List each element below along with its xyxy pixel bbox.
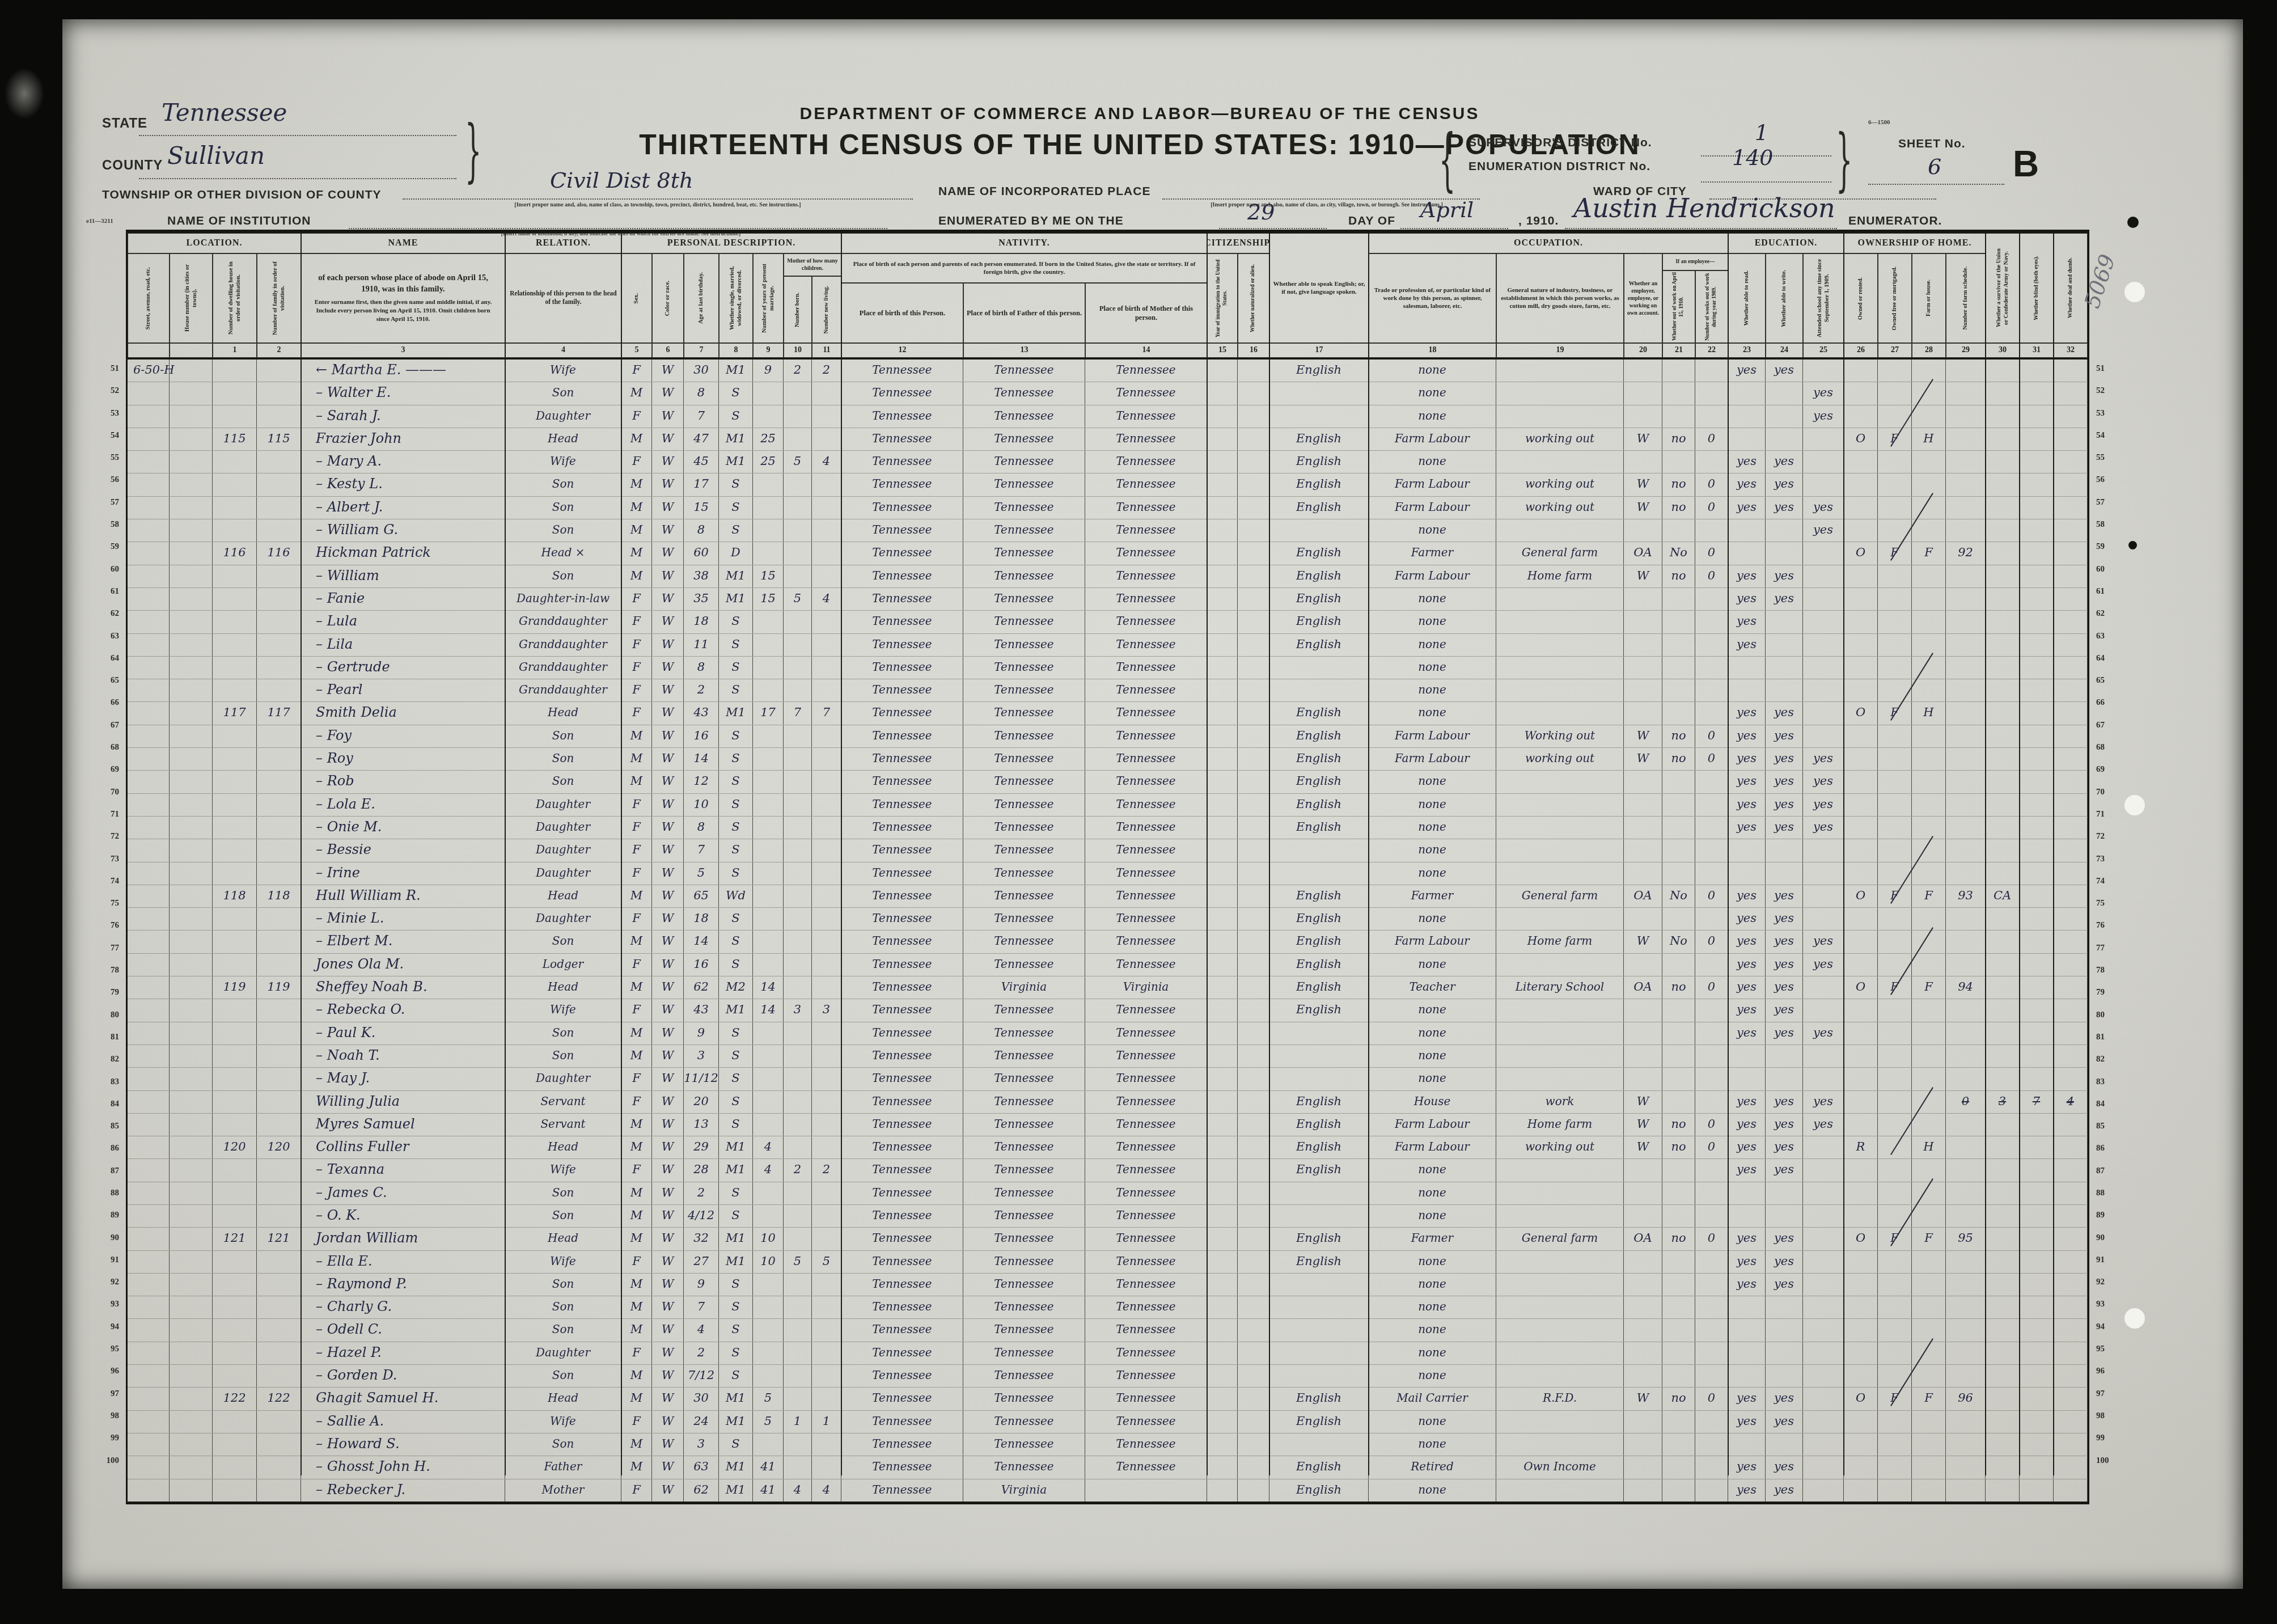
cell-surv [1986,1433,2020,1456]
cell-street [128,1114,170,1136]
cell-wks [1695,360,1728,382]
cell-deaf [2054,1274,2088,1296]
line-number: 76 [2096,915,2126,937]
cell-house [170,1159,213,1181]
table-row: 116116Hickman PatrickHead ×MW60DTennesse… [128,542,2088,565]
cell-name: – Ghosst John H. [301,1456,505,1478]
cell-name: Ghagit Samuel H. [301,1388,505,1410]
cell-out: no [1662,473,1695,496]
table-row: – Rebecker J.MotherFW62M14144TennesseeVi… [128,1479,2088,1502]
cell-read: yes [1728,702,1766,724]
cell-trade: Farm Labour [1369,565,1496,587]
mother-subheader: Mother of how many children. [784,253,841,276]
ink-dot [2127,217,2139,228]
cell-age: 4 [684,1319,719,1341]
cell-trade: none [1369,702,1496,724]
cell-rel: Daughter [505,908,621,930]
cell-house [170,862,213,885]
table-row: – O. K.SonMW4/12STennesseeTennesseeTenne… [128,1205,2088,1228]
cell-read: yes [1728,748,1766,770]
enumerator-label: ENUMERATOR. [1848,214,1942,228]
cell-street [128,771,170,793]
line-number: 81 [2096,1026,2126,1048]
cell-fam [257,1251,301,1273]
cell-pobm: Tennessee [1085,908,1207,930]
cell-street [128,862,170,885]
cell-eng [1269,1022,1369,1044]
cell-blind [2020,1022,2054,1044]
cell-deaf [2054,519,2088,542]
cell-age: 20 [684,1091,719,1113]
cell-dwell [213,451,257,473]
cell-name: Hull William R. [301,885,505,907]
cell-pobm: Tennessee [1085,1205,1207,1227]
cell-street [128,542,170,564]
cell-blind [2020,748,2054,770]
cell-blind [2020,1433,2054,1456]
cell-age: 14 [684,931,719,953]
cell-age: 12 [684,771,719,793]
cell-fh [1912,1114,1946,1136]
cell-color: W [652,702,684,724]
township-value: Civil Dist 8th [550,168,693,193]
cell-deaf [2054,1365,2088,1387]
cell-sch [1803,702,1844,724]
col-header-sex: Sex. [621,253,652,343]
cell-fh [1912,1068,1946,1090]
cell-fh [1912,588,1946,610]
cell-own [1844,565,1878,587]
cell-out [1662,1251,1695,1273]
cell-rel: Wife [505,451,621,473]
cell-fsn [1946,1114,1986,1136]
cell-color: W [652,748,684,770]
cell-pobf: Tennessee [963,382,1085,404]
cell-write: yes [1766,565,1803,587]
cell-blind [2020,1136,2054,1158]
cell-eng [1269,657,1369,679]
group-occupation: OCCUPATION. [1369,233,1728,253]
line-number: 66 [90,692,119,714]
cell-pob: Tennessee [841,1388,963,1410]
cell-read: yes [1728,908,1766,930]
cell-blind [2020,1205,2054,1227]
cell-surv [1986,1159,2020,1181]
cell-color: W [652,588,684,610]
enumerated-day: 29 [1247,200,1275,225]
cell-imm [1207,1228,1238,1250]
cell-ind [1496,588,1624,610]
cell-imm [1207,1296,1238,1318]
cell-trade: Retired [1369,1456,1496,1478]
cell-out [1662,954,1695,976]
cell-fam: 121 [257,1228,301,1250]
cell-free [1878,1205,1912,1227]
cell-age: 5 [684,862,719,885]
cell-yrs: 5 [753,1411,784,1433]
cell-nat [1238,954,1269,976]
cell-rel: Servant [505,1114,621,1136]
line-number: 82 [2096,1048,2126,1071]
cell-pob: Tennessee [841,382,963,404]
cell-fam [257,473,301,496]
cell-emp: W [1624,1091,1662,1113]
cell-imm [1207,1182,1238,1204]
col-header-dwell: Number of dwelling house in order of vis… [213,253,257,343]
cell-cb [784,1022,812,1044]
cell-pob: Tennessee [841,748,963,770]
cell-wks [1695,679,1728,701]
cell-dwell [213,1296,257,1318]
cell-cl [812,1342,841,1364]
cell-pobf: Tennessee [963,771,1085,793]
cell-own [1844,1342,1878,1364]
cell-sex: F [621,1342,652,1364]
cell-deaf [2054,794,2088,816]
cell-write: yes [1766,794,1803,816]
cell-eng [1269,1433,1369,1456]
cell-sex: F [621,839,652,861]
cell-fam [257,1479,301,1502]
cell-ind [1496,1296,1624,1318]
cell-cb [784,1228,812,1250]
cell-cb: 5 [784,588,812,610]
cell-dwell [213,634,257,656]
cell-rel: Daughter-in-law [505,588,621,610]
cell-street [128,657,170,679]
cell-dwell [213,862,257,885]
cell-sex: F [621,1411,652,1433]
cell-age: 47 [684,428,719,450]
cell-surv: 3 [1986,1091,2020,1113]
cell-write: yes [1766,1159,1803,1181]
cell-cl [812,1182,841,1204]
cell-nat [1238,634,1269,656]
state-county-brace: } [465,110,481,189]
cell-name: – Gertrude [301,657,505,679]
cell-color: W [652,1228,684,1250]
cell-yrs: 15 [753,565,784,587]
line-number: 92 [2096,1271,2126,1293]
line-number: 96 [2096,1360,2126,1382]
cell-nat [1238,1411,1269,1433]
cell-free [1878,588,1912,610]
group-divider [841,233,842,1475]
cell-trade: none [1369,862,1496,885]
cell-nat [1238,771,1269,793]
cell-ind: General farm [1496,542,1624,564]
cell-pob: Tennessee [841,1274,963,1296]
cell-mar: M1 [719,1411,753,1433]
cell-name: – Howard S. [301,1433,505,1456]
cell-fam [257,748,301,770]
cell-fam [257,1022,301,1044]
cell-surv [1986,1456,2020,1478]
cell-nat [1238,588,1269,610]
cell-emp [1624,657,1662,679]
cell-emp: W [1624,428,1662,450]
cell-own [1844,1045,1878,1067]
cell-pob: Tennessee [841,519,963,542]
cell-wks: 0 [1695,1136,1728,1158]
line-number: 74 [2096,870,2126,893]
cell-write [1766,634,1803,656]
cell-fam [257,565,301,587]
cell-read: yes [1728,954,1766,976]
cell-street [128,679,170,701]
cell-fsn [1946,1274,1986,1296]
cell-pobm: Tennessee [1085,451,1207,473]
cell-cl [812,1433,841,1456]
cell-pobf: Tennessee [963,1136,1085,1158]
cell-mar: S [719,771,753,793]
cell-cb [784,862,812,885]
cell-pobf: Tennessee [963,1182,1085,1204]
cell-imm [1207,839,1238,861]
cell-cb: 5 [784,451,812,473]
cell-pobm: Tennessee [1085,1091,1207,1113]
cell-cl [812,611,841,633]
cell-imm [1207,519,1238,542]
cell-sex: F [621,657,652,679]
line-number: 100 [90,1450,119,1472]
cell-pob: Tennessee [841,817,963,839]
cell-surv [1986,588,2020,610]
cell-nat [1238,1091,1269,1113]
cell-house [170,1296,213,1318]
cell-imm [1207,611,1238,633]
col-header-pobm: Place of birth of Mother of this person. [1085,283,1207,343]
cell-deaf [2054,657,2088,679]
cell-cb [784,519,812,542]
cell-fh [1912,1205,1946,1227]
cell-age: 16 [684,725,719,747]
cell-nat [1238,1365,1269,1387]
cell-pobf: Tennessee [963,862,1085,885]
cell-pobf: Tennessee [963,748,1085,770]
cell-wks: 0 [1695,1228,1728,1250]
table-row: 122122Ghagit Samuel H.HeadMW30M15Tenness… [128,1388,2088,1410]
cell-name: – Lola E. [301,794,505,816]
cell-pobm: Tennessee [1085,771,1207,793]
cell-street [128,497,170,519]
cell-pobm: Tennessee [1085,405,1207,428]
cell-fsn [1946,1296,1986,1318]
cell-read [1728,1433,1766,1456]
cell-ind [1496,1251,1624,1273]
cell-pob: Tennessee [841,611,963,633]
col-header-color: Color or race. [652,253,684,343]
cell-deaf [2054,1068,2088,1090]
cell-out: No [1662,931,1695,953]
cell-fh [1912,473,1946,496]
cell-sch [1803,1342,1844,1364]
cell-surv [1986,634,2020,656]
cell-out [1662,1159,1695,1181]
microfilm-background: DEPARTMENT OF COMMERCE AND LABOR—BUREAU … [0,0,2277,1624]
cell-fam [257,954,301,976]
line-number: 51 [90,358,119,380]
cell-emp [1624,999,1662,1021]
cell-trade: none [1369,954,1496,976]
cell-sex: M [621,1228,652,1250]
cell-pobf: Tennessee [963,1114,1085,1136]
cell-blind [2020,1251,2054,1273]
cell-own [1844,360,1878,382]
cell-color: W [652,473,684,496]
cell-nat [1238,976,1269,999]
cell-fam [257,1456,301,1478]
cell-pobm: Tennessee [1085,954,1207,976]
cell-fam [257,1114,301,1136]
cell-surv [1986,1045,2020,1067]
cell-cb [784,405,812,428]
cell-cb [784,657,812,679]
cell-rel: Son [505,1433,621,1456]
col-header-trade: Trade or profession of, or particular ki… [1369,253,1496,343]
cell-pobm: Tennessee [1085,1022,1207,1044]
table-row: 6-50-H← Martha E. ———WifeFW30M1922Tennes… [128,360,2088,382]
cell-dwell [213,1479,257,1502]
cell-read: yes [1728,1228,1766,1250]
line-number: 94 [90,1316,119,1338]
cell-imm [1207,428,1238,450]
cell-ind [1496,360,1624,382]
col-number-ind: 19 [1496,343,1624,358]
cell-house [170,1251,213,1273]
col-header-eng: Whether able to speak English; or, if no… [1269,233,1369,343]
cell-emp [1624,679,1662,701]
cell-emp [1624,1274,1662,1296]
cell-blind [2020,1319,2054,1341]
cell-nat [1238,885,1269,907]
cell-cl [812,748,841,770]
cell-cl: 1 [812,1411,841,1433]
col-number-sch: 25 [1803,343,1844,358]
cell-cl: 7 [812,702,841,724]
cell-sex: F [621,360,652,382]
cell-eng: English [1269,1159,1369,1181]
cell-out [1662,1296,1695,1318]
table-row: – Sarah J.DaughterFW7STennesseeTennessee… [128,405,2088,428]
cell-out [1662,451,1695,473]
cell-color: W [652,634,684,656]
col-number-color: 6 [652,343,684,358]
cell-ind: working out [1496,473,1624,496]
cell-sex: M [621,1205,652,1227]
cell-sex: M [621,1296,652,1318]
cell-out [1662,1456,1695,1478]
cell-age: 4/12 [684,1205,719,1227]
cell-fsn [1946,794,1986,816]
line-numbers-right: 5152535455565758596061626364656667686970… [2089,230,2126,1504]
cell-fam [257,588,301,610]
cell-ind [1496,405,1624,428]
cell-color: W [652,519,684,542]
cell-sex: M [621,1388,652,1410]
cell-house [170,451,213,473]
cell-trade: Teacher [1369,976,1496,999]
cell-cl: 2 [812,1159,841,1181]
cell-free [1878,1342,1912,1364]
cell-out: no [1662,976,1695,999]
cell-fam [257,794,301,816]
cell-free [1878,954,1912,976]
cell-surv [1986,1068,2020,1090]
cell-yrs [753,519,784,542]
line-number: 58 [90,514,119,536]
cell-house [170,931,213,953]
cell-fh [1912,611,1946,633]
cell-mar: D [719,542,753,564]
col-number-write: 24 [1766,343,1803,358]
cell-eng [1269,519,1369,542]
cell-out [1662,611,1695,633]
cell-nat [1238,428,1269,450]
cell-free [1878,1365,1912,1387]
cell-write [1766,1045,1803,1067]
cell-mar: S [719,1274,753,1296]
line-number: 70 [2096,781,2126,803]
cell-read: yes [1728,999,1766,1021]
enum-district-value: 140 [1732,145,1774,170]
cell-surv [1986,702,2020,724]
cell-fsn [1946,473,1986,496]
institution-line [349,228,887,229]
cell-eng [1269,1296,1369,1318]
cell-emp: OA [1624,542,1662,564]
township-line [403,198,913,200]
cell-cb [784,1296,812,1318]
district-brace-right: } [1836,119,1852,198]
cell-house [170,817,213,839]
cell-ind [1496,679,1624,701]
cell-dwell [213,794,257,816]
cell-color: W [652,954,684,976]
if-employee-subheader: If an employee— [1662,253,1728,270]
cell-fh: F [1912,542,1946,564]
cell-write: yes [1766,1411,1803,1433]
sheet-label: SHEET No. [1898,137,1966,151]
cell-trade: none [1369,1342,1496,1364]
line-number: 97 [2096,1383,2126,1405]
line-number: 84 [2096,1093,2126,1115]
cell-write [1766,1319,1803,1341]
cell-street [128,1388,170,1410]
col-number-pobm: 14 [1085,343,1207,358]
cell-write: yes [1766,1136,1803,1158]
cell-pob: Tennessee [841,1228,963,1250]
cell-write: yes [1766,954,1803,976]
table-row: – May J.DaughterFW11/12STennesseeTenness… [128,1068,2088,1090]
line-number: 66 [2096,692,2126,714]
cell-surv [1986,1388,2020,1410]
cell-emp [1624,451,1662,473]
cell-wks: 0 [1695,1114,1728,1136]
cell-emp [1624,1205,1662,1227]
line-number: 69 [2096,759,2126,781]
cell-street [128,908,170,930]
cell-fam [257,1205,301,1227]
cell-yrs: 9 [753,360,784,382]
cell-ind [1496,1182,1624,1204]
cell-deaf [2054,1433,2088,1456]
cell-pobm: Tennessee [1085,679,1207,701]
incorporated-label: NAME OF INCORPORATED PLACE [938,185,1150,198]
cell-deaf [2054,862,2088,885]
cell-fsn [1946,931,1986,953]
cell-fam [257,679,301,701]
